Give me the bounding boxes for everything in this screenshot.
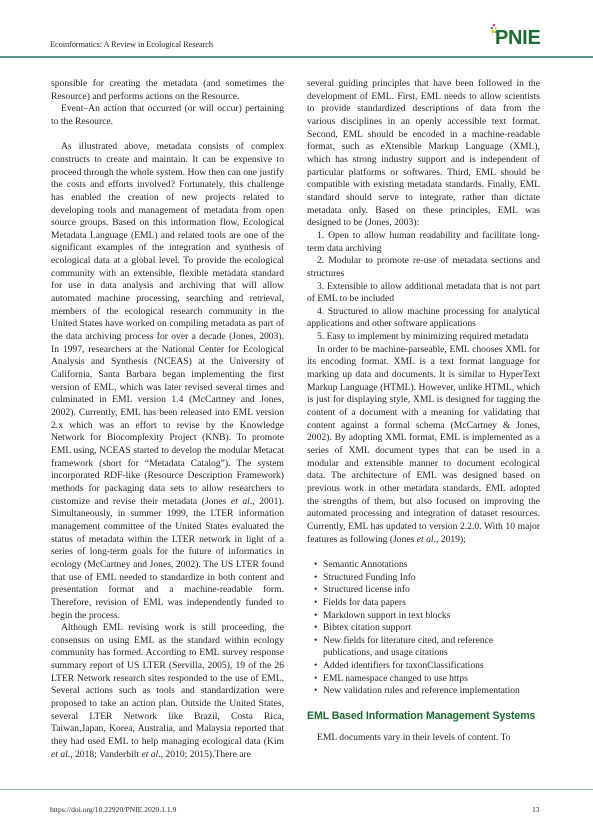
footer-rule [0, 789, 593, 790]
paragraph: several guiding principles that have bee… [307, 78, 540, 230]
numbered-item: 2. Modular to promote re-use of metadata… [307, 255, 540, 280]
page-number: 13 [532, 805, 540, 814]
spacer [307, 546, 540, 559]
paragraph: As illustrated above, metadata consists … [51, 141, 284, 622]
numbered-item: 3. Extensible to allow additional metada… [307, 281, 540, 306]
paragraph: sponsible for creating the metadata (and… [51, 78, 284, 103]
paragraph: Although EML revising work is still proc… [51, 622, 284, 761]
running-title: Ecoinformatics: A Review in Ecological R… [50, 40, 213, 49]
feature-list: Semantic Annotations Structured Funding … [307, 559, 540, 698]
paragraph: Event–An action that occurred (or will o… [51, 103, 284, 128]
doi-link[interactable]: https://doi.org/10.22920/PNIE.2020.1.1.9 [50, 805, 176, 814]
numbered-item: 1. Open to allow human readability and f… [307, 230, 540, 255]
list-item: Bibtex citation support [307, 622, 540, 635]
logo-text: PNIE [495, 28, 540, 48]
journal-logo: PNIE [489, 23, 549, 53]
spacer [51, 129, 284, 142]
list-item: New fields for literature cited, and ref… [307, 635, 540, 660]
list-item: Structured Funding Info [307, 572, 540, 585]
header-rule [0, 56, 593, 58]
list-item: Structured license info [307, 584, 540, 597]
list-item: Semantic Annotations [307, 559, 540, 572]
list-item: New validation rules and reference imple… [307, 685, 540, 698]
list-item: Fields for data papers [307, 597, 540, 610]
list-item: Added identifiers for taxonClassificatio… [307, 660, 540, 673]
numbered-item: 4. Structured to allow machine processin… [307, 306, 540, 331]
right-column: several guiding principles that have bee… [307, 78, 540, 744]
numbered-item: 5. Easy to implement by minimizing requi… [307, 331, 540, 344]
paragraph: In order to be machine-parseable, EML ch… [307, 344, 540, 547]
section-heading: EML Based Information Management Systems [307, 710, 540, 723]
list-item: Markdown support in text blocks [307, 610, 540, 623]
list-item: EML namespace changed to use https [307, 673, 540, 686]
page-header: Ecoinformatics: A Review in Ecological R… [0, 0, 593, 56]
left-column: sponsible for creating the metadata (and… [51, 78, 284, 761]
paragraph: EML documents vary in their levels of co… [307, 732, 540, 745]
